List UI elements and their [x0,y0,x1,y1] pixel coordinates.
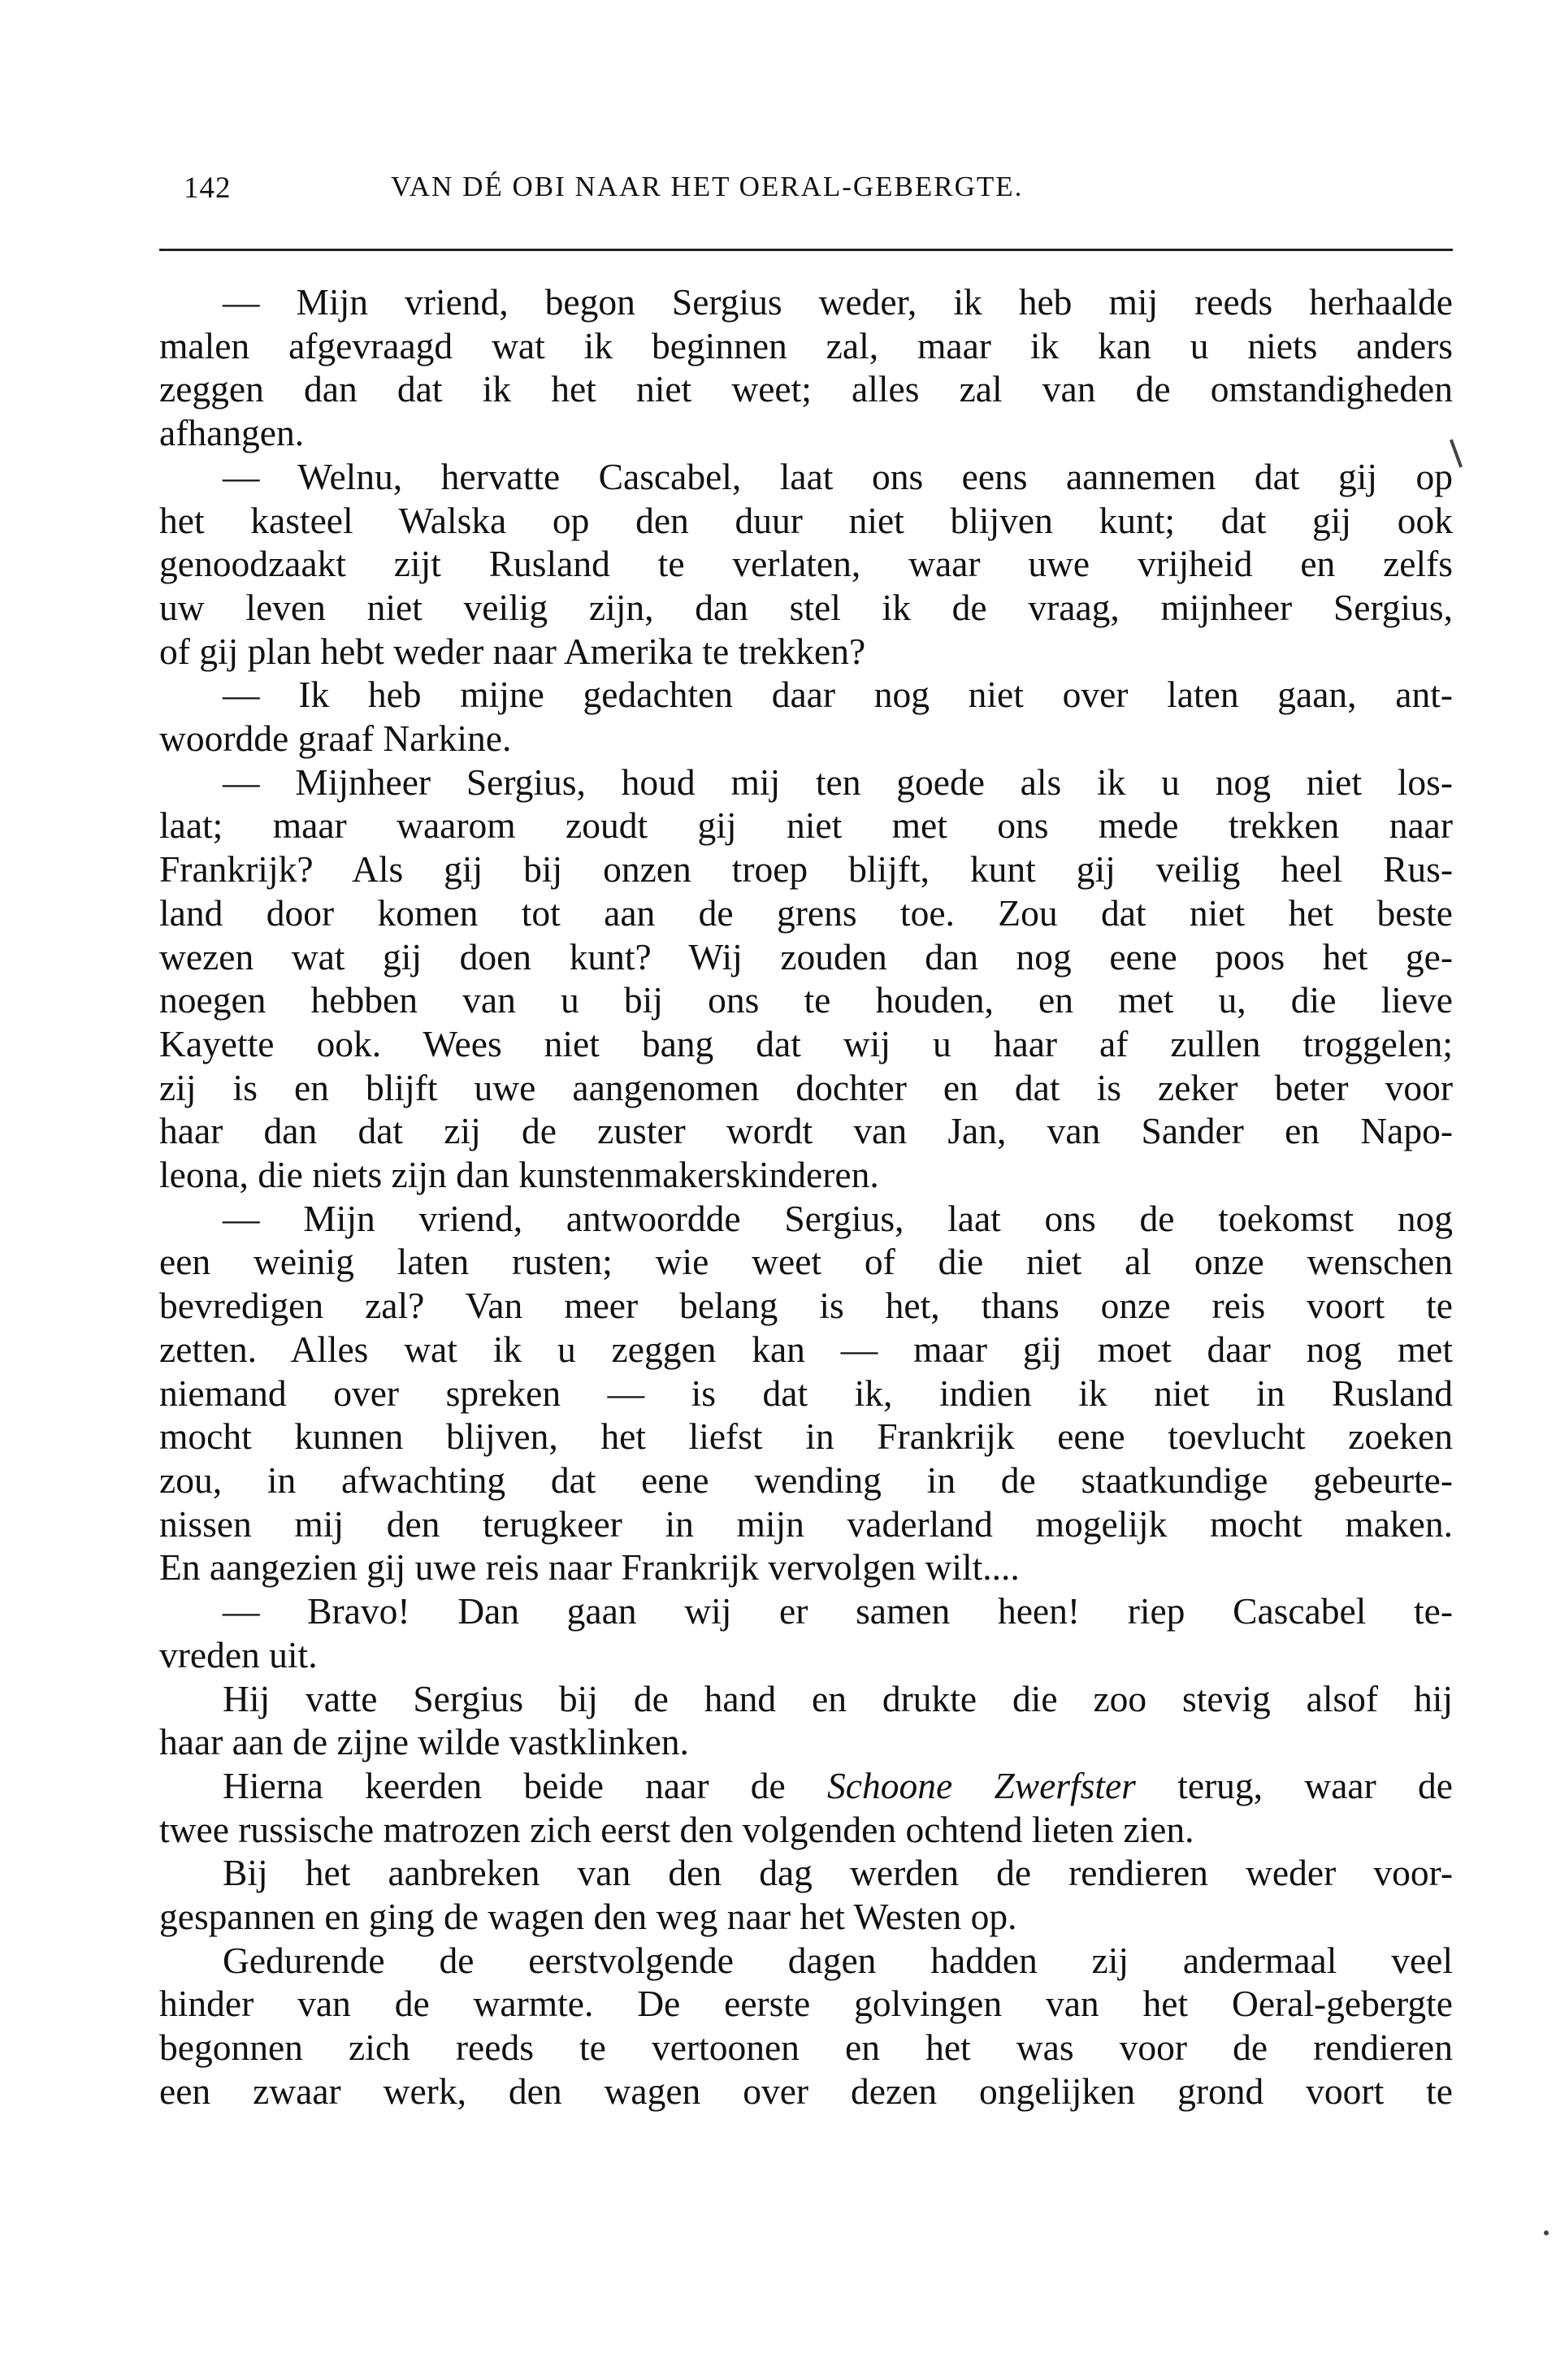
text-line: zetten. Alles wat ik u zeggen kan — maar… [159,1328,1453,1372]
text-line: — Ik heb mijne gedachten daar nog niet o… [159,673,1453,717]
text-line: gespannen en ging de wagen den weg naar … [159,1895,1453,1939]
paragraph: — Mijn vriend, begon Sergius weder, ik h… [159,280,1453,455]
text-line: malen afgevraagd wat ik beginnen zal, ma… [159,324,1453,368]
text-line: leona, die niets zijn dan kunstenmakersk… [159,1153,1453,1197]
text-line: het kasteel Walska op den duur niet blij… [159,499,1453,543]
text-line: uw leven niet veilig zijn, dan stel ik d… [159,586,1453,630]
text-line: Gedurende de eerstvolgende dagen hadden … [159,1939,1453,1983]
paragraph: Bij het aanbreken van den dag werden de … [159,1851,1453,1938]
text-line: mocht kunnen blijven, het liefst in Fran… [159,1415,1453,1459]
paragraph: — Welnu, hervatte Cascabel, laat ons een… [159,455,1453,674]
header-rule [159,249,1453,251]
text-line: — Mijn vriend, antwoordde Sergius, laat … [159,1197,1453,1241]
text-line: zou, in afwachting dat eene wending in d… [159,1459,1453,1502]
text-line: zeggen dan dat ik het niet weet; alles z… [159,367,1453,411]
text-line: afhangen. [159,411,1453,455]
text-fragment: terug, waar de [1136,1765,1453,1806]
margin-speck [1544,2230,1549,2235]
text-line: zij is en blijft uwe aangenomen dochter … [159,1066,1453,1110]
paragraph: — Ik heb mijne gedachten daar nog niet o… [159,673,1453,760]
running-head: 142 VAN DÉ OBI NAAR HET OERAL-GEBERGTE. [184,171,1451,211]
text-line: wezen wat gij doen kunt? Wij zouden dan … [159,935,1453,979]
text-fragment: Hierna keerden beide naar de [223,1765,827,1806]
text-line: hinder van de warmte. De eerste golvinge… [159,1982,1453,2026]
page-number: 142 [184,171,232,206]
text-line: — Bravo! Dan gaan wij er samen heen! rie… [159,1589,1453,1633]
text-line: of gij plan hebt weder naar Amerika te t… [159,630,1453,674]
paragraph: — Mijn vriend, antwoordde Sergius, laat … [159,1197,1453,1589]
text-line: Frankrijk? Als gij bij onzen troep blijf… [159,848,1453,891]
text-line: En aangezien gij uwe reis naar Frankrijk… [159,1545,1453,1589]
paragraph: Hij vatte Sergius bij de hand en drukte … [159,1677,1453,1764]
text-line: Hierna keerden beide naar de Schoone Zwe… [159,1764,1453,1808]
running-title: VAN DÉ OBI NAAR HET OERAL-GEBERGTE. [391,171,1023,203]
text-line: nissen mij den terugkeer in mijn vaderla… [159,1502,1453,1546]
paragraph: Hierna keerden beide naar de Schoone Zwe… [159,1764,1453,1851]
book-page: 142 VAN DÉ OBI NAAR HET OERAL-GEBERGTE. … [0,0,1556,2380]
text-line: een zwaar werk, den wagen over dezen ong… [159,2070,1453,2113]
body-text: — Mijn vriend, begon Sergius weder, ik h… [159,280,1453,2113]
text-line: twee russische matrozen zich eerst den v… [159,1808,1453,1852]
text-line: Kayette ook. Wees niet bang dat wij u ha… [159,1022,1453,1066]
text-line: land door komen tot aan de grens toe. Zo… [159,891,1453,935]
text-line: vreden uit. [159,1633,1453,1677]
paragraph: — Bravo! Dan gaan wij er samen heen! rie… [159,1589,1453,1676]
text-line: niemand over spreken — is dat ik, indien… [159,1372,1453,1415]
text-line: haar dan dat zij de zuster wordt van Jan… [159,1109,1453,1153]
text-line: woordde graaf Narkine. [159,717,1453,761]
text-line: — Welnu, hervatte Cascabel, laat ons een… [159,455,1453,499]
text-line: genoodzaakt zijt Rusland te verlaten, wa… [159,542,1453,586]
text-line: begonnen zich reeds te vertoonen en het … [159,2026,1453,2070]
paragraph: Gedurende de eerstvolgende dagen hadden … [159,1939,1453,2113]
text-line: noegen hebben van u bij ons te houden, e… [159,978,1453,1022]
text-line: — Mijnheer Sergius, houd mij ten goede a… [159,761,1453,804]
text-line: Bij het aanbreken van den dag werden de … [159,1851,1453,1895]
text-line: bevredigen zal? Van meer belang is het, … [159,1284,1453,1328]
ship-name-italic: Schoone Zwerfster [827,1765,1136,1806]
text-line: laat; maar waarom zoudt gij niet met ons… [159,804,1453,848]
paragraph: — Mijnheer Sergius, houd mij ten goede a… [159,761,1453,1197]
text-line: Hij vatte Sergius bij de hand en drukte … [159,1677,1453,1721]
text-line: een weinig laten rusten; wie weet of die… [159,1240,1453,1284]
text-line: haar aan de zijne wilde vastklinken. [159,1720,1453,1764]
text-line: — Mijn vriend, begon Sergius weder, ik h… [159,280,1453,324]
